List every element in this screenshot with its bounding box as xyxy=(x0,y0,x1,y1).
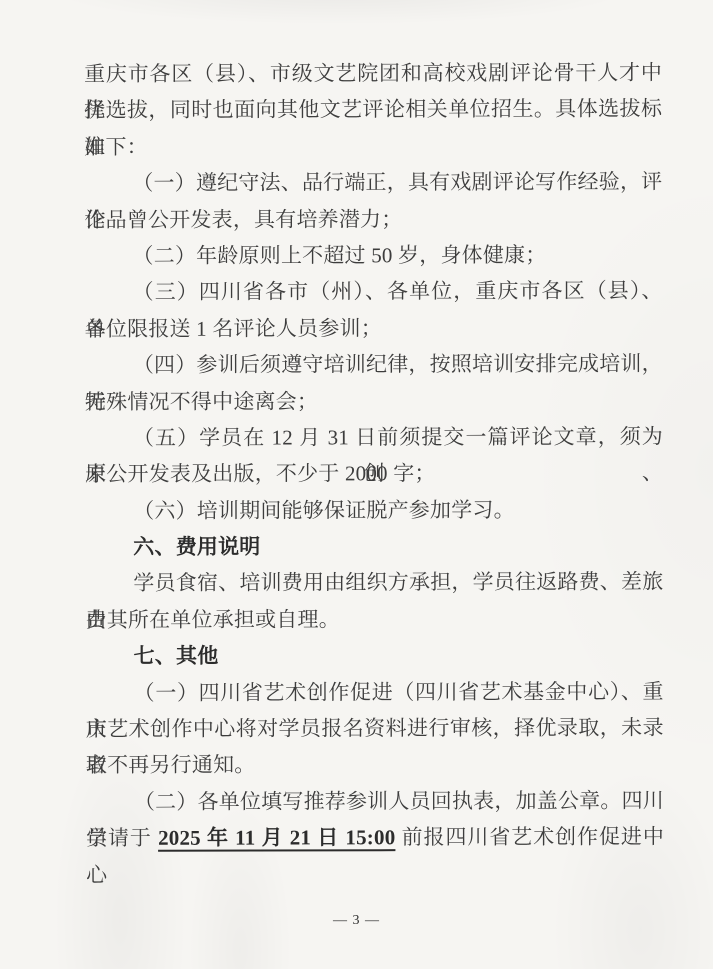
document-line: 特殊情况不得中途离会； xyxy=(85,382,663,420)
document-line: （二）各单位填写推荐参训人员回执表，加盖公章。四川学 xyxy=(86,782,664,820)
document-line-item-6: （六）培训期间能够保证脱产参加学习。 xyxy=(85,491,663,529)
document-line: 重庆市各区（县）、市级文艺院团和高校戏剧评论骨干人才中择 xyxy=(84,54,662,92)
document-line: 由其所在单位承担或自理。 xyxy=(85,600,663,638)
document-line-item-3: （三）四川省各市（州）、各单位，重庆市各区（县）、各 xyxy=(85,273,663,311)
deadline-line: 员请于 2025 年 11 月 21 日 15:00 前报四川省艺术创作促进中心 xyxy=(86,819,664,857)
deadline-prefix: 员请于 xyxy=(86,826,158,850)
document-line: 者不再另行通知。 xyxy=(86,746,664,784)
document-line-item-5: （五）学员在 12 月 31 日前须提交一篇评论文章，须为原创、 xyxy=(85,418,663,456)
document-body: 重庆市各区（县）、市级文艺院团和高校戏剧评论骨干人才中择 优选拔，同时也面向其他… xyxy=(84,54,664,856)
page-number: — 3 — xyxy=(0,913,713,929)
document-line-item-4: （四）参训后须遵守培训纪律，按照培训安排完成培训，无 xyxy=(85,346,663,384)
document-line: 作品曾公开发表，具有培养潜力； xyxy=(84,200,662,238)
document-line-item-1: （一）遵纪守法、品行端正，具有戏剧评论写作经验，评论 xyxy=(84,164,662,202)
scanned-document-page: 重庆市各区（县）、市级文艺院团和高校戏剧评论骨干人才中择 优选拔，同时也面向其他… xyxy=(0,0,713,969)
document-line: 市艺术创作中心将对学员报名资料进行审核，择优录取，未录取 xyxy=(86,710,664,748)
section-heading-other: 七、其他 xyxy=(86,637,664,675)
document-line: 学员食宿、培训费用由组织方承担，学员往返路费、差旅费 xyxy=(85,564,663,602)
document-line: 单位限报送 1 名评论人员参训； xyxy=(85,309,663,347)
deadline-date-underlined: 2025 年 11 月 21 日 15:00 xyxy=(158,825,395,850)
document-line-item-2: （二）年龄原则上不超过 50 岁，身体健康； xyxy=(84,236,662,274)
document-line: （一）四川省艺术创作促进（四川省艺术基金中心）、重庆 xyxy=(86,673,664,711)
document-line: 如下： xyxy=(84,127,662,165)
section-heading-fees: 六、费用说明 xyxy=(85,528,663,566)
document-line: 优选拔，同时也面向其他文艺评论相关单位招生。具体选拔标准 xyxy=(84,91,662,129)
